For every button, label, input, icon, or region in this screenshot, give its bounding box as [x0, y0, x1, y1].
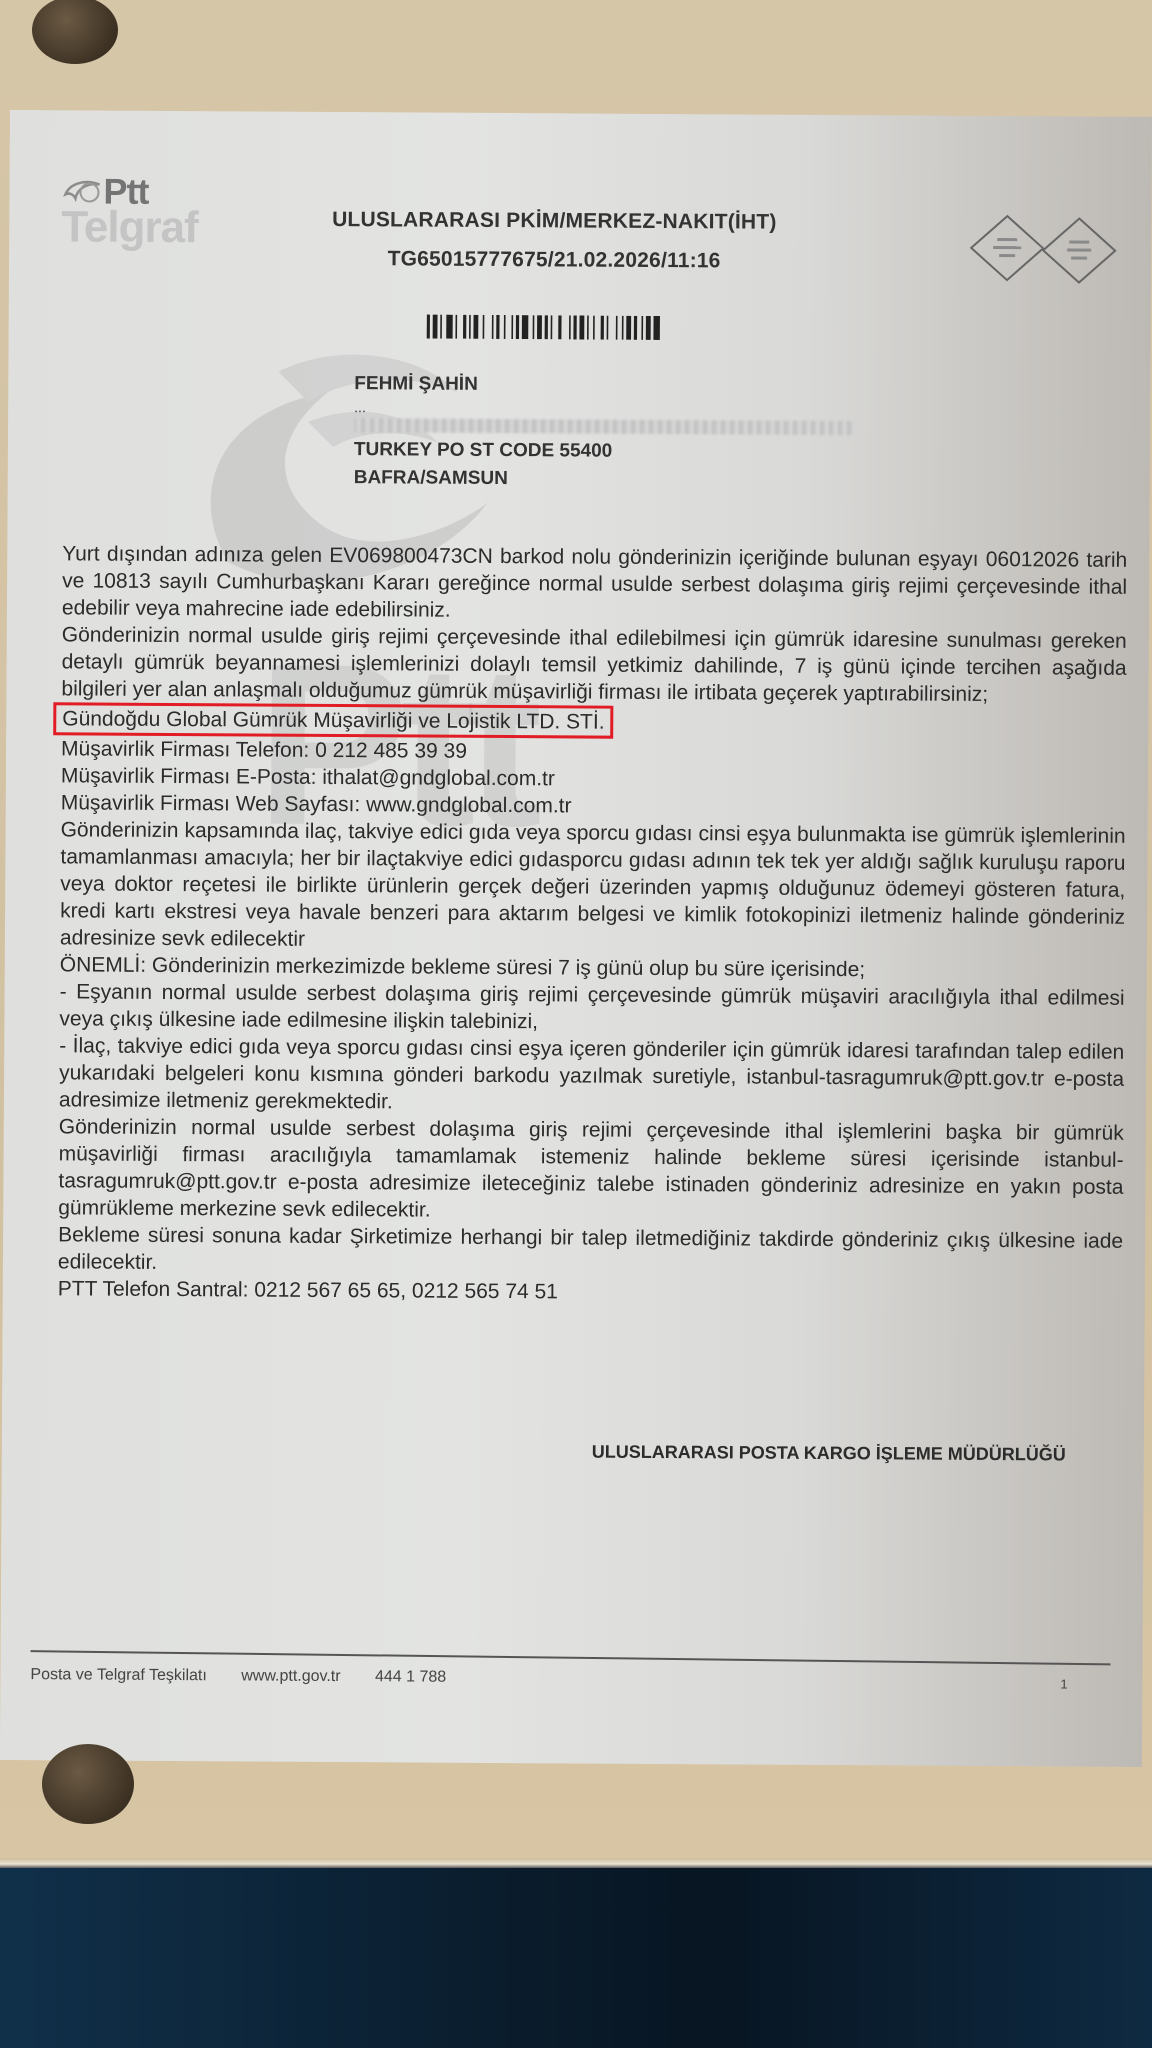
ptt-swoosh-icon [61, 176, 105, 206]
bullet-import-request: - Eşyanın normal usulde serbest dolaşıma… [59, 978, 1124, 1039]
paragraph-notice: Yurt dışından adınıza gelen EV069800473C… [62, 540, 1127, 628]
paragraph-medicine: Gönderinizin kapsamında ilaç, takviye ed… [60, 816, 1126, 958]
letter-body: Yurt dışından adınıza gelen EV069800473C… [58, 540, 1128, 1308]
letter-page: Ptt Ptt Telgraf ULUSLARARASI PKİM/MERKEZ… [0, 110, 1152, 1767]
pin-icon [42, 1744, 134, 1824]
paragraph-other-firm: Gönderinizin normal usulde serbest dolaş… [58, 1113, 1124, 1228]
certification-marks-icon [969, 212, 1119, 285]
barcode-icon [427, 315, 777, 341]
recipient-address-line: ... [354, 398, 854, 419]
paragraph-customs: Gönderinizin normal usulde giriş rejimi … [61, 621, 1126, 709]
recipient-name: FEHMİ ŞAHİN [354, 370, 854, 401]
wall-edge [0, 1858, 1152, 1868]
recipient-address: FEHMİ ŞAHİN ... TURKEY PO ST CODE 55400 … [354, 370, 855, 495]
paragraph-return: Bekleme süresi sonuna kadar Şirketimize … [58, 1221, 1123, 1282]
signature-department: ULUSLARARASI POSTA KARGO İŞLEME MÜDÜRLÜĞ… [592, 1442, 1066, 1466]
desk-background [0, 1868, 1152, 2048]
footer-org: Posta ve Telgraf Teşkilatı [30, 1666, 206, 1684]
reference-number: TG65015777675/21.02.2026/11:16 [0, 245, 1119, 276]
footer-phone: 444 1 788 [375, 1668, 446, 1685]
highlighted-firm-name: Gündoğdu Global Gümrük Müşavirliği ve Lo… [53, 702, 614, 738]
recipient-city: BAFRA/SAMSUN [354, 464, 854, 495]
bullet-documents: - İlaç, takviye edici gıda veya sporcu g… [59, 1032, 1124, 1120]
footer-divider [31, 1650, 1111, 1665]
page-number: 1 [1060, 1676, 1067, 1691]
ptt-phone: PTT Telefon Santral: 0212 567 65 65, 021… [58, 1275, 1123, 1309]
redacted-address [354, 418, 854, 435]
footer-website: www.ptt.gov.tr [241, 1667, 340, 1685]
recipient-postal-code: TURKEY PO ST CODE 55400 [354, 436, 854, 467]
footer: Posta ve Telgraf Teşkilatı www.ptt.gov.t… [30, 1666, 476, 1687]
